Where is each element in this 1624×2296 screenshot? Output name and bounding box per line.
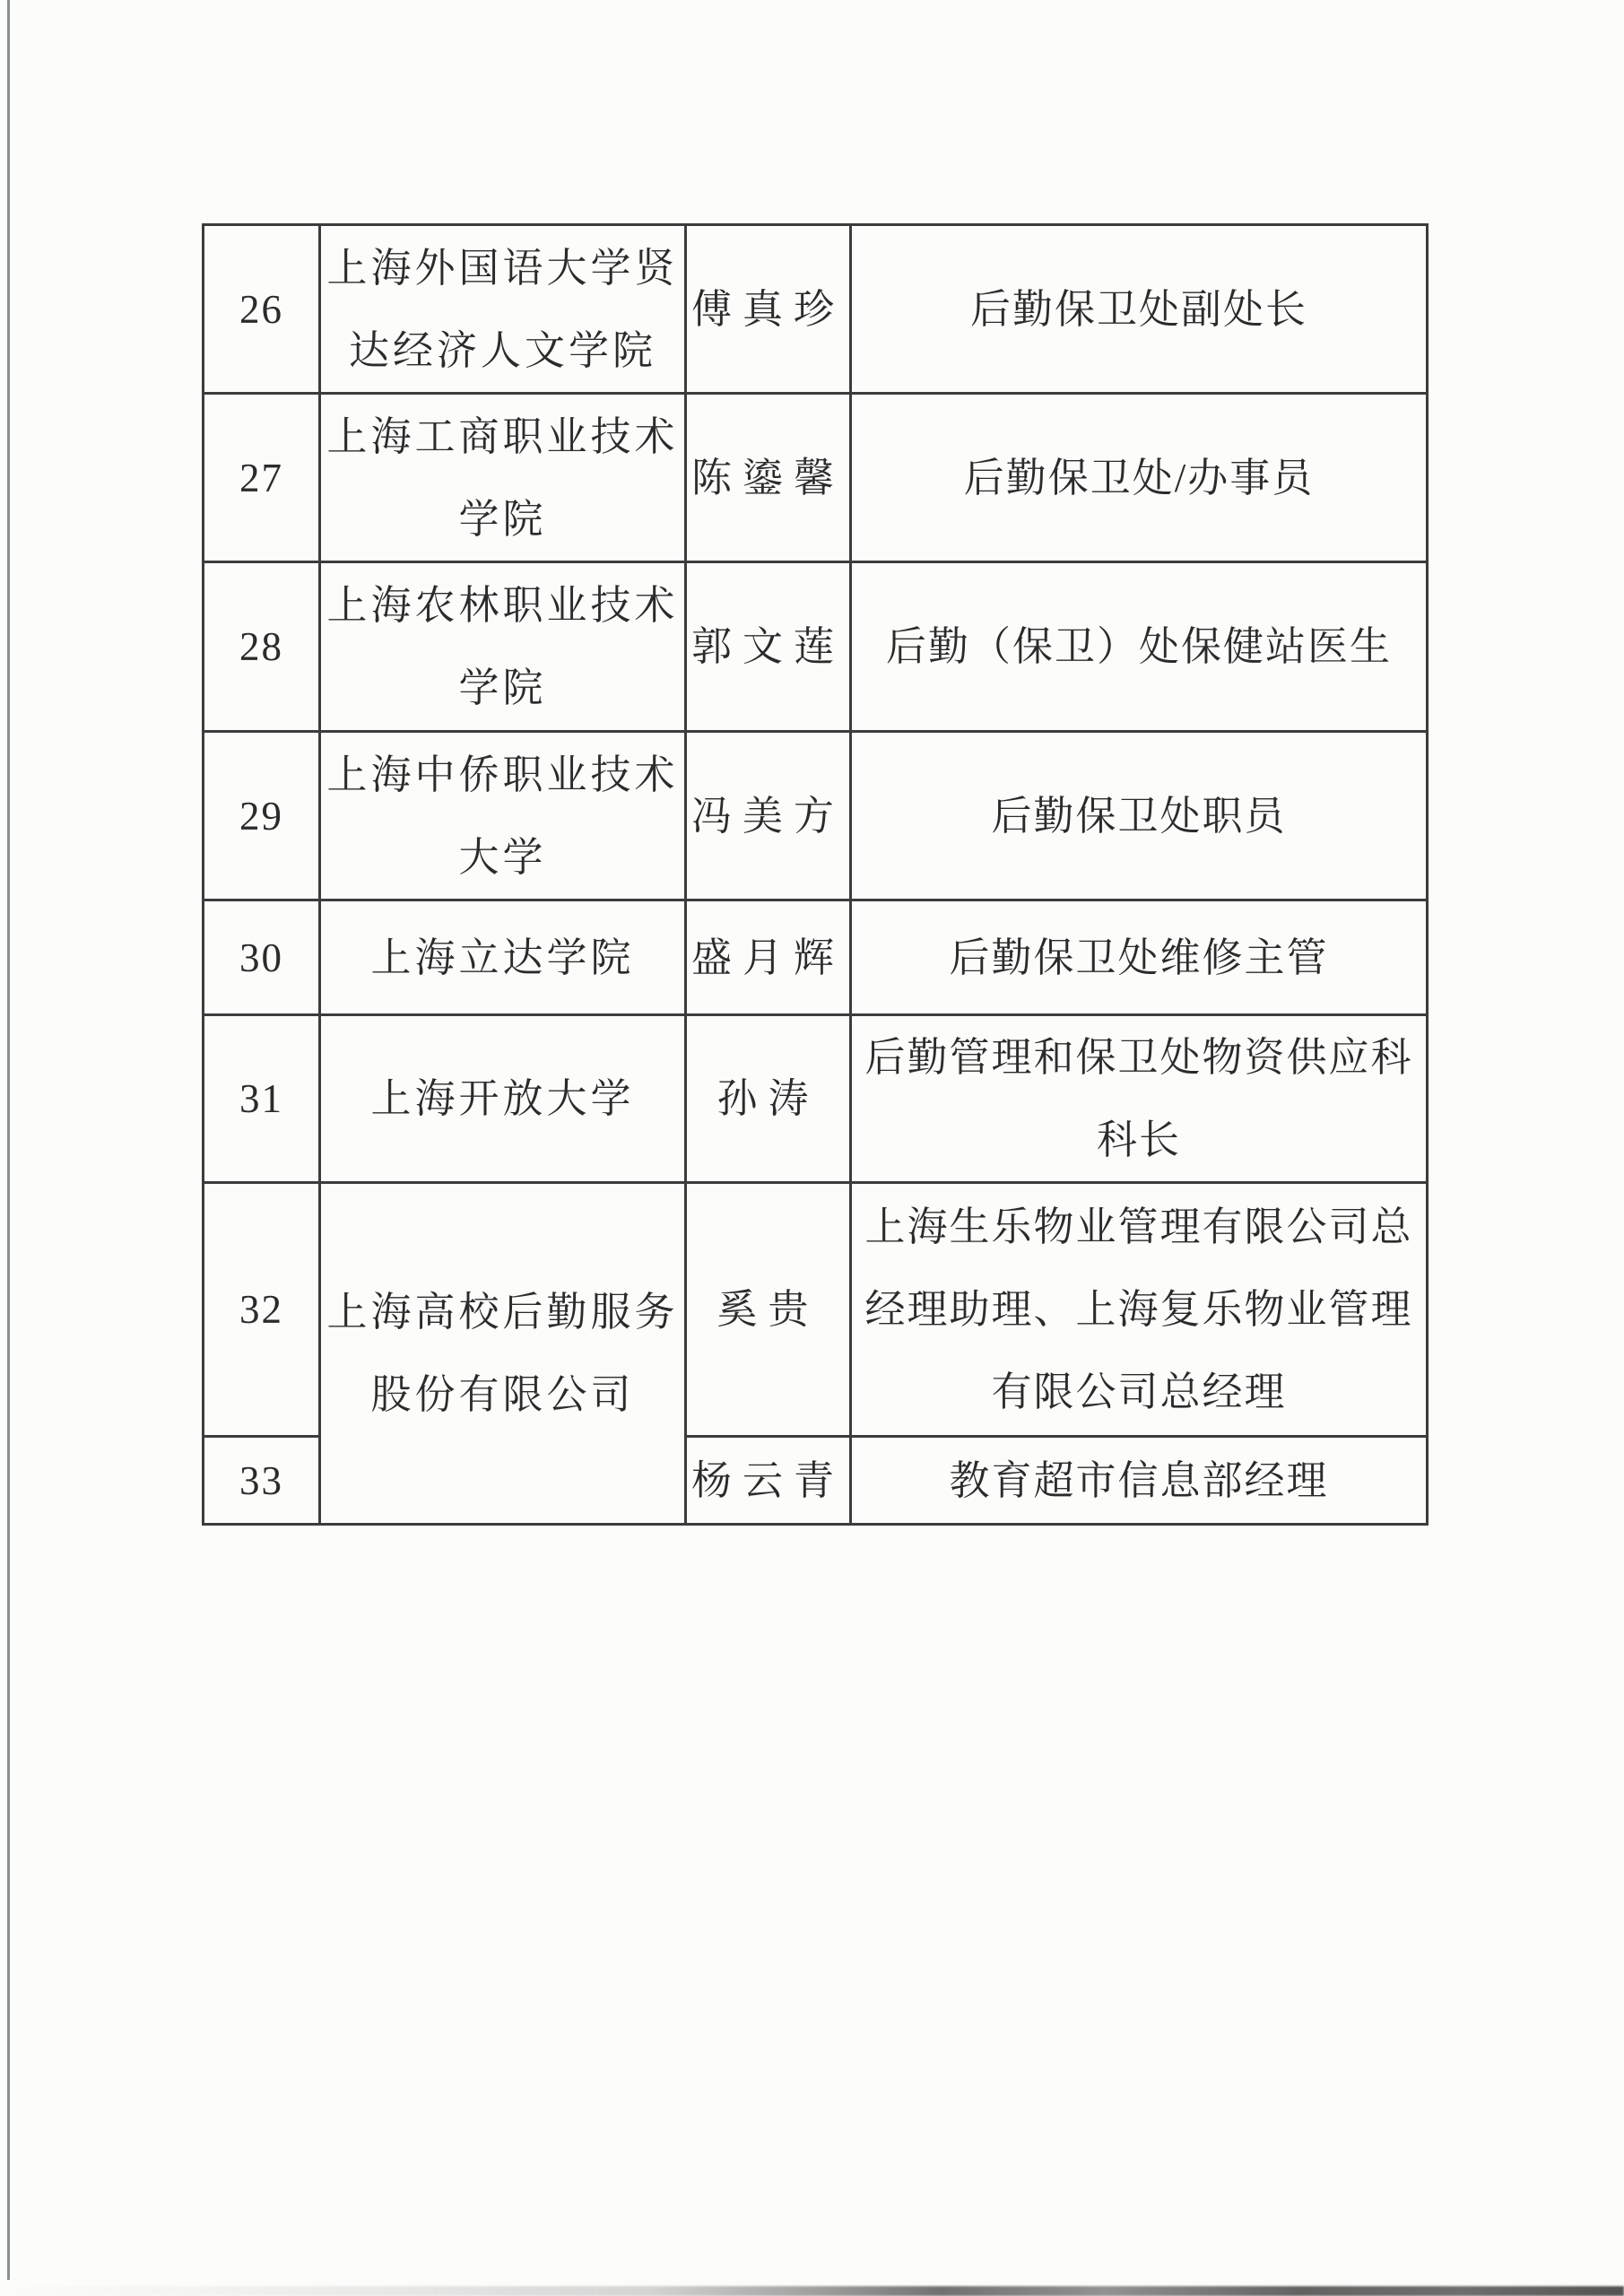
- document-page: 26 上海外国语大学贤 达经济人文学院 傅真珍 后勤保卫处副处长 27 上海工商…: [0, 0, 1624, 2296]
- cell-serial-number: 31: [204, 1015, 320, 1183]
- table-row: 32 上海高校后勤服务 股份有限公司 奚贵 上海生乐物业管理有限公司总 经理助理…: [204, 1183, 1428, 1437]
- cell-person-name: 傅真珍: [686, 225, 851, 394]
- cell-duty: 后勤保卫处/办事员: [851, 394, 1428, 562]
- cell-serial-number: 26: [204, 225, 320, 394]
- table-row: 29 上海中侨职业技术 大学 冯美方 后勤保卫处职员: [204, 732, 1428, 900]
- cell-serial-number: 28: [204, 562, 320, 732]
- cell-person-name: 奚贵: [686, 1183, 851, 1437]
- cell-person-name: 盛月辉: [686, 900, 851, 1015]
- cell-duty: 后勤保卫处副处长: [851, 225, 1428, 394]
- cell-person-name: 孙涛: [686, 1015, 851, 1183]
- cell-serial-number: 32: [204, 1183, 320, 1437]
- cell-school: 上海开放大学: [320, 1015, 686, 1183]
- cell-person-name: 陈鎏馨: [686, 394, 851, 562]
- cell-school-merged: 上海高校后勤服务 股份有限公司: [320, 1183, 686, 1525]
- table-row: 28 上海农林职业技术 学院 郭文莲 后勤（保卫）处保健站医生: [204, 562, 1428, 732]
- roster-table: 26 上海外国语大学贤 达经济人文学院 傅真珍 后勤保卫处副处长 27 上海工商…: [202, 223, 1429, 1526]
- cell-school: 上海外国语大学贤 达经济人文学院: [320, 225, 686, 394]
- cell-duty: 上海生乐物业管理有限公司总 经理助理、上海复乐物业管理 有限公司总经理: [851, 1183, 1428, 1437]
- scan-bottom-artifact: [0, 2286, 1624, 2296]
- cell-school: 上海工商职业技术 学院: [320, 394, 686, 562]
- cell-duty: 后勤（保卫）处保健站医生: [851, 562, 1428, 732]
- cell-school: 上海立达学院: [320, 900, 686, 1015]
- cell-serial-number: 30: [204, 900, 320, 1015]
- scan-edge-line: [7, 0, 10, 2280]
- cell-duty: 后勤管理和保卫处物资供应科 科长: [851, 1015, 1428, 1183]
- table-row: 31 上海开放大学 孙涛 后勤管理和保卫处物资供应科 科长: [204, 1015, 1428, 1183]
- cell-serial-number: 29: [204, 732, 320, 900]
- cell-duty: 后勤保卫处维修主管: [851, 900, 1428, 1015]
- cell-duty: 后勤保卫处职员: [851, 732, 1428, 900]
- cell-school: 上海中侨职业技术 大学: [320, 732, 686, 900]
- cell-person-name: 郭文莲: [686, 562, 851, 732]
- cell-school: 上海农林职业技术 学院: [320, 562, 686, 732]
- cell-person-name: 杨云青: [686, 1437, 851, 1525]
- cell-duty: 教育超市信息部经理: [851, 1437, 1428, 1525]
- table-row: 30 上海立达学院 盛月辉 后勤保卫处维修主管: [204, 900, 1428, 1015]
- cell-person-name: 冯美方: [686, 732, 851, 900]
- cell-serial-number: 27: [204, 394, 320, 562]
- cell-serial-number: 33: [204, 1437, 320, 1525]
- table-row: 26 上海外国语大学贤 达经济人文学院 傅真珍 后勤保卫处副处长: [204, 225, 1428, 394]
- table-row: 27 上海工商职业技术 学院 陈鎏馨 后勤保卫处/办事员: [204, 394, 1428, 562]
